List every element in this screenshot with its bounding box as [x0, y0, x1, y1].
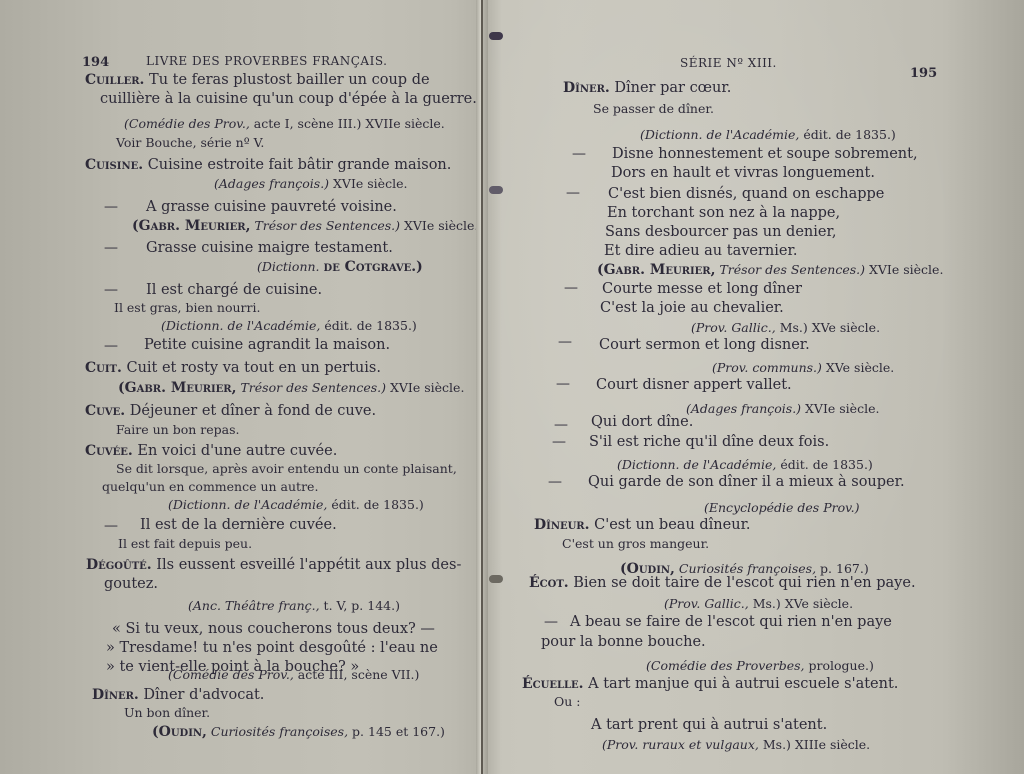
entry-line: pour la bonne bouche. — [541, 634, 706, 650]
entry-line: En torchant son nez à la nappe, — [607, 205, 840, 221]
dash-marker: — — [104, 282, 118, 298]
source-citation: (Gabr. Meurier, Trésor des Sentences.) X… — [118, 380, 464, 396]
source-citation: (Anc. Théâtre franç., t. V, p. 144.) — [188, 598, 400, 614]
source-citation: (Oudin, Curiosités françoises, p. 145 et… — [152, 724, 445, 740]
entry-line: Cuisine. Cuisine estroite fait bâtir gra… — [85, 157, 451, 173]
source-citation: (Dictionn. de l'Académie, édit. de 1835.… — [168, 497, 424, 513]
cross-reference: Voir Bouche, série nº V. — [116, 135, 264, 151]
left-page: 194 LIVRE DES PROVERBES FRANÇAIS. Cuille… — [0, 0, 478, 774]
source-citation: (Dictionn. de l'Académie, édit. de 1835.… — [640, 127, 896, 143]
dash-marker: — — [104, 199, 118, 215]
dash-marker: — — [554, 417, 568, 433]
dash-marker: — — [552, 434, 566, 450]
entry-line: Cuiller. Tu te feras plustost bailler un… — [85, 72, 430, 88]
entry-line: Petite cuisine agrandit la maison. — [144, 337, 390, 353]
dash-marker: — — [566, 185, 580, 201]
entry-keyword: Cuisine. — [85, 157, 143, 173]
entry-line: Dîner. Dîner par cœur. — [563, 80, 731, 96]
explanation: Ou : — [554, 694, 580, 710]
source-citation: (Prov. ruraux et vulgaux, Ms.) XIIIe siè… — [602, 737, 870, 753]
entry-keyword: Dîner. — [92, 687, 139, 703]
dash-marker: — — [556, 376, 570, 392]
entry-keyword: Cuvée. — [85, 443, 133, 459]
entry-keyword: Cuit. — [85, 360, 122, 376]
explanation: Un bon dîner. — [124, 705, 210, 721]
entry-line: Cuvée. En voici d'une autre cuvée. — [85, 443, 337, 459]
entry-line: C'est bien disnés, quand on eschappe — [608, 186, 884, 202]
right-page: SÉRIE Nº XIII. 195 Dîner. Dîner par cœur… — [484, 0, 1024, 774]
source-citation: (Prov. Gallic., Ms.) XVe siècle. — [691, 320, 880, 336]
entry-keyword: Cuve. — [85, 403, 125, 419]
source-citation: (Prov. communs.) XVe siècle. — [712, 360, 894, 376]
explanation: Se passer de dîner. — [593, 101, 714, 117]
dash-marker: — — [564, 280, 578, 296]
source-citation: (Comédie des Prov., acte I, scène III.) … — [124, 116, 445, 132]
source-citation: (Adages françois.) XVIe siècle. — [214, 176, 407, 192]
entry-line: Qui dort dîne. — [591, 414, 693, 430]
entry-keyword: Écuelle. — [522, 676, 584, 692]
entry-keyword: Dîneur. — [534, 517, 590, 533]
entry-line: Court sermon et long disner. — [599, 337, 810, 353]
source-citation: (Dictionn. de l'Académie, édit. de 1835.… — [617, 457, 873, 473]
entry-line: Qui garde de son dîner il a mieux à soup… — [588, 474, 905, 490]
source-citation: (Adages françois.) XVIe siècle. — [686, 401, 879, 417]
entry-line: Dîner. Dîner d'advocat. — [92, 687, 264, 703]
entry-keyword: Écot. — [529, 575, 569, 591]
entry-line: Court disner appert vallet. — [596, 377, 792, 393]
explanation: Se dit lorsque, après avoir entendu un c… — [116, 461, 457, 477]
source-citation: (Encyclopédie des Prov.) — [704, 500, 860, 516]
quote-line: » Tresdame! tu n'es point desgoûté : l'e… — [106, 640, 438, 656]
dash-marker: — — [558, 334, 572, 350]
explanation: Faire un bon repas. — [116, 422, 239, 438]
entry-line: Dîneur. C'est un beau dîneur. — [534, 517, 751, 533]
entry-line: Cuit. Cuit et rosty va tout en un pertui… — [85, 360, 381, 376]
entry-line: C'est la joie au chevalier. — [600, 300, 784, 316]
source-citation: (Comédie des Prov., acte III, scène VII.… — [168, 667, 419, 683]
entry-line: Dors en hault et vivras longuement. — [611, 165, 875, 181]
explanation: Il est fait depuis peu. — [118, 536, 252, 552]
entry-line: goutez. — [104, 576, 158, 592]
entry-line: Il est de la dernière cuvée. — [140, 517, 337, 533]
dash-marker: — — [548, 474, 562, 490]
page-number: 195 — [910, 66, 937, 82]
dash-marker: — — [104, 518, 118, 534]
entry-line: Et dire adieu au tavernier. — [604, 243, 797, 259]
source-citation: (Gabr. Meurier, Trésor des Sentences.) X… — [132, 218, 478, 234]
entry-line: Cuve. Déjeuner et dîner à fond de cuve. — [85, 403, 376, 419]
entry-line: Écot. Bien se doit taire de l'escot qui … — [529, 575, 916, 591]
entry-line: Il est chargé de cuisine. — [146, 282, 322, 298]
entry-line: Écuelle. A tart manjue qui à autrui escu… — [522, 676, 898, 692]
running-head: SÉRIE Nº XIII. — [680, 55, 777, 71]
entry-line: A tart prent qui à autrui s'atent. — [591, 717, 827, 733]
dash-marker: — — [572, 146, 586, 162]
source-citation: (Gabr. Meurier, Trésor des Sentences.) X… — [597, 262, 943, 278]
entry-line: Dégoûté. Ils eussent esveillé l'appétit … — [86, 557, 461, 573]
explanation: Il est gras, bien nourri. — [114, 300, 260, 316]
entry-keyword: Dégoûté. — [86, 557, 152, 573]
dash-marker: — — [104, 240, 118, 256]
binding-thread — [481, 0, 483, 774]
source-citation: (Dictionn. de l'Académie, édit. de 1835.… — [161, 318, 417, 334]
open-book-spread: 194 LIVRE DES PROVERBES FRANÇAIS. Cuille… — [0, 0, 1024, 774]
dash-marker: — — [104, 338, 118, 354]
running-head: LIVRE DES PROVERBES FRANÇAIS. — [146, 53, 387, 69]
entry-line: Courte messe et long dîner — [602, 281, 802, 297]
entry-line: cuillière à la cuisine qu'un coup d'épée… — [100, 91, 477, 107]
dash-marker: — — [544, 614, 558, 630]
entry-line: A grasse cuisine pauvreté voisine. — [146, 199, 397, 215]
page-number: 194 — [82, 55, 109, 71]
source-citation: (Comédie des Proverbes, prologue.) — [646, 658, 874, 674]
entry-line: Sans desbourcer pas un denier, — [605, 224, 836, 240]
source-citation: (Prov. Gallic., Ms.) XVe siècle. — [664, 596, 853, 612]
entry-keyword: Dîner. — [563, 80, 610, 96]
entry-line: S'il est riche qu'il dîne deux fois. — [589, 434, 829, 450]
quote-line: « Si tu veux, nous coucherons tous deux?… — [112, 621, 435, 637]
entry-line: A beau se faire de l'escot qui rien n'en… — [570, 614, 892, 630]
explanation: C'est un gros mangeur. — [562, 536, 709, 552]
entry-line: Grasse cuisine maigre testament. — [146, 240, 393, 256]
source-citation: (Dictionn. de Cotgrave.) — [257, 259, 423, 275]
explanation: quelqu'un en commence un autre. — [102, 479, 318, 495]
entry-line: Disne honnestement et soupe sobrement, — [612, 146, 918, 162]
entry-keyword: Cuiller. — [85, 72, 144, 88]
